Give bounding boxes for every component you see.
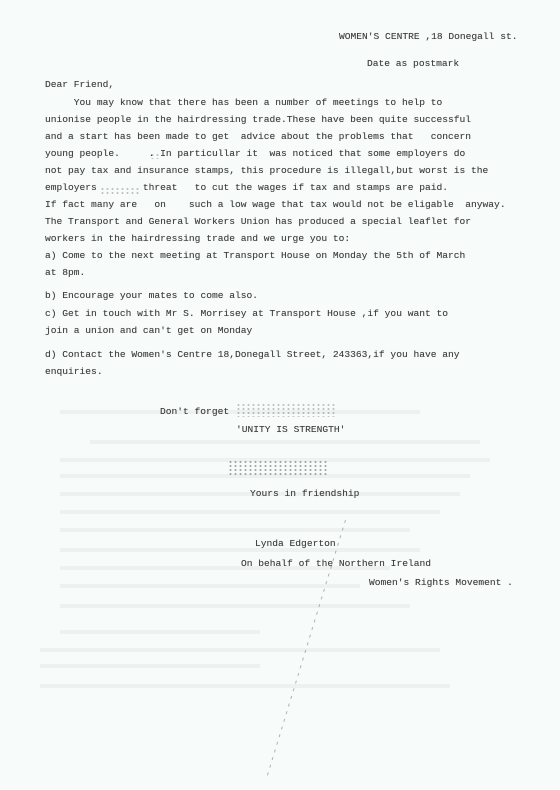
reminder: Don't forget [160, 406, 229, 418]
bleed-through [40, 648, 440, 652]
body-line: The Transport and General Workers Union … [45, 216, 471, 228]
salutation: Dear Friend, [45, 79, 114, 91]
body-line: unionise people in the hairdressing trad… [45, 114, 471, 126]
bleed-through [60, 510, 440, 514]
organisation-line-2: Women's Rights Movement . [369, 577, 513, 589]
action-item-b: b) Encourage your mates to come also. [45, 290, 258, 302]
body-line: You may know that there has been a numbe… [45, 97, 442, 109]
bleed-through [90, 440, 480, 444]
body-line: If fact many are on such a low wage that… [45, 199, 506, 211]
bleed-through [60, 548, 420, 552]
action-item-c: join a union and can't get on Monday [45, 325, 252, 337]
action-item-d: d) Contact the Women's Centre 18,Donegal… [45, 349, 460, 361]
bleed-through [60, 528, 410, 532]
letter-date: Date as postmark [367, 58, 459, 70]
bleed-through [60, 584, 360, 588]
closing: Yours in friendship [250, 488, 359, 500]
ink-smudge [150, 153, 160, 159]
body-line: not pay tax and insurance stamps, this p… [45, 165, 488, 177]
action-item-c: c) Get in touch with Mr S. Morrisey at T… [45, 308, 448, 320]
sender-address: WOMEN'S CENTRE ,18 Donegall st. [339, 31, 517, 43]
bleed-through [40, 684, 450, 688]
bleed-through [60, 630, 260, 634]
ink-smudge [100, 187, 140, 195]
body-line: and a start has been made to get advice … [45, 131, 471, 143]
action-item-a: a) Come to the next meeting at Transport… [45, 250, 465, 262]
signatory: Lynda Edgerton [255, 538, 336, 550]
bleed-through [40, 664, 260, 668]
slogan: 'UNITY IS STRENGTH' [236, 424, 345, 436]
bleed-through [60, 604, 410, 608]
action-item-d: enquiries. [45, 366, 103, 378]
letter-page: WOMEN'S CENTRE ,18 Donegall st. Date as … [0, 0, 560, 790]
action-item-a: at 8pm. [45, 267, 85, 279]
ink-smudge [228, 460, 328, 476]
body-line: workers in the hairdressing trade and we… [45, 233, 350, 245]
ink-smudge [236, 403, 336, 417]
body-line: young people. . In particullar it was no… [45, 148, 465, 160]
organisation-line-1: On behalf of the Northern Ireland [241, 558, 431, 570]
